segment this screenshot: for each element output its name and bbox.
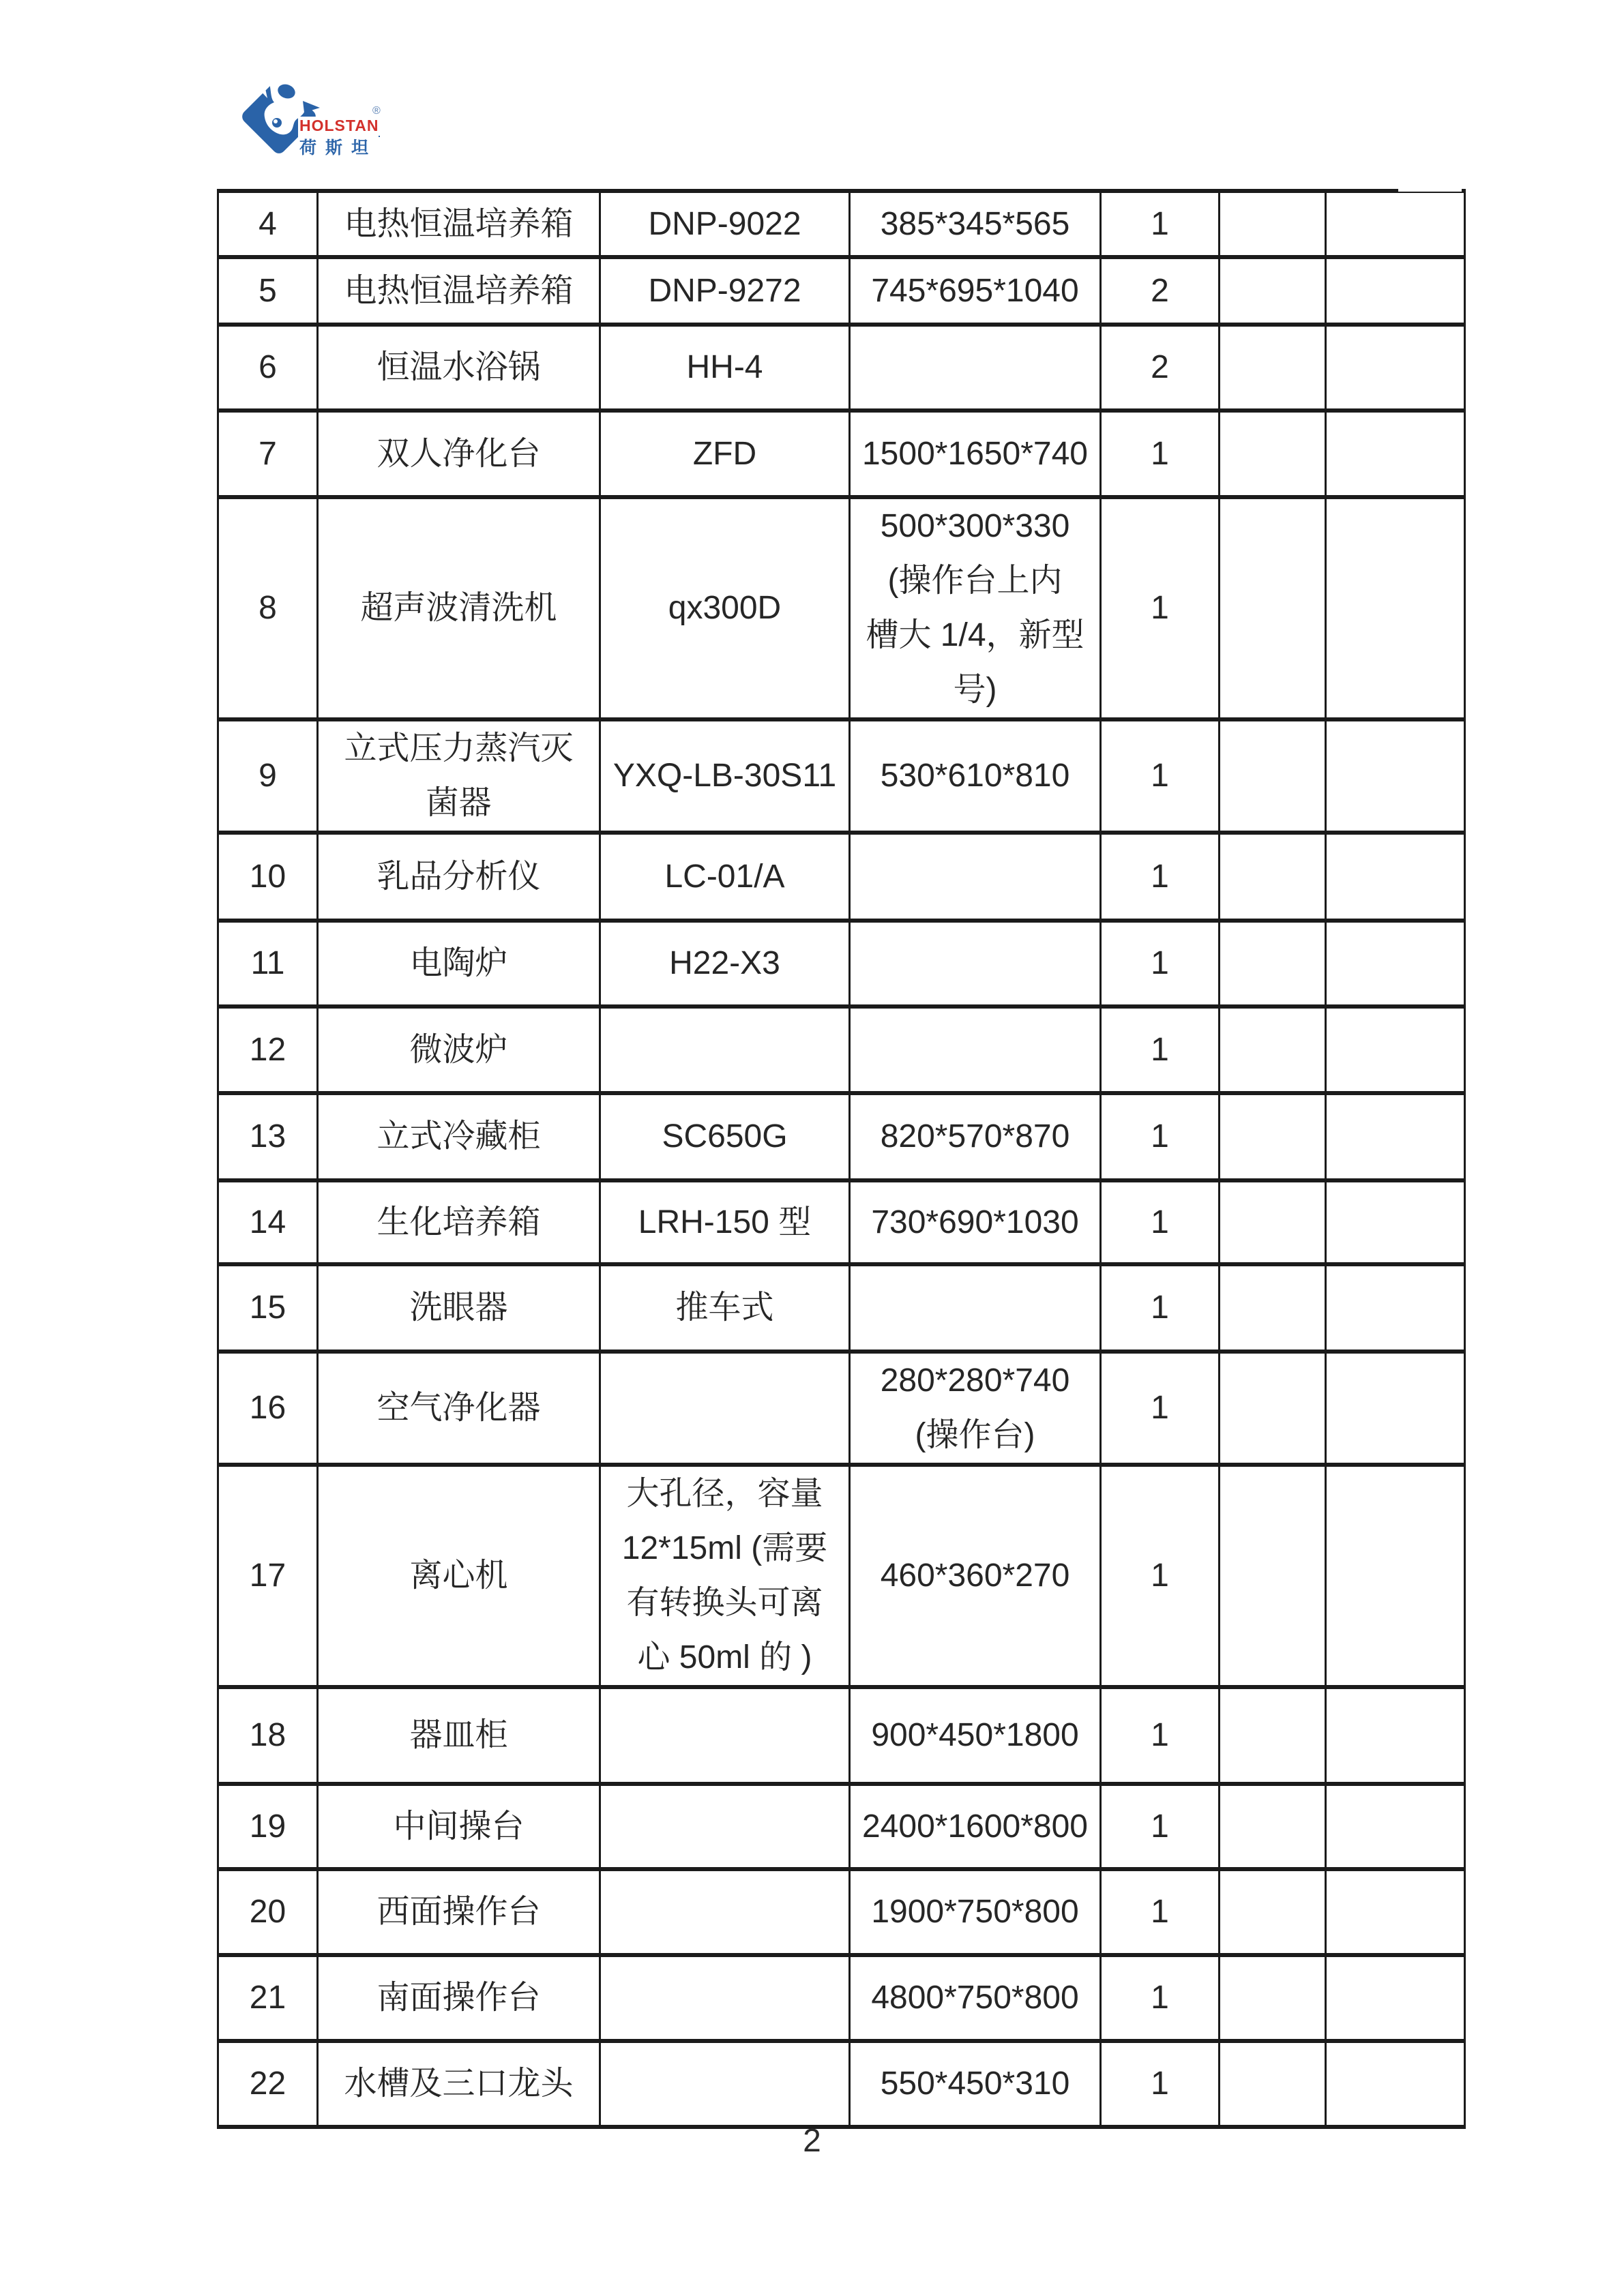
cell-name: 器皿柜 [318,1687,600,1784]
cell-qty: 2 [1101,257,1220,325]
cell-qty: 1 [1101,411,1220,497]
cell-no: 16 [218,1352,318,1465]
scan-artifact-thin-top-border [1398,189,1462,192]
cell-name: 电热恒温培养箱 [318,257,600,325]
cell-no: 9 [218,719,318,833]
cell-name: 南面操作台 [318,1955,600,2041]
cell-extra1 [1220,2041,1326,2127]
table-row: 14生化培养箱LRH-150 型730*690*10301 [218,1180,1465,1264]
cell-extra2 [1326,921,1465,1007]
cell-qty: 1 [1101,1687,1220,1784]
cell-no: 22 [218,2041,318,2127]
cell-extra2 [1326,1352,1465,1465]
table-row: 5电热恒温培养箱DNP-9272745*695*10402 [218,257,1465,325]
table-row: 21南面操作台4800*750*8001 [218,1955,1465,2041]
cell-extra1 [1220,1352,1326,1465]
brand-name-cn: 荷斯坦 [298,134,379,159]
cell-extra1 [1220,833,1326,921]
table-row: 13立式冷藏柜SC650G820*570*8701 [218,1093,1465,1180]
cell-name: 立式压力蒸汽灭 菌器 [318,719,600,833]
table-row: 6恒温水浴锅HH-42 [218,325,1465,411]
cell-no: 5 [218,257,318,325]
cell-model [600,1784,850,1869]
cell-model: LRH-150 型 [600,1180,850,1264]
cell-dims: 745*695*1040 [850,257,1101,325]
cell-extra1 [1220,1869,1326,1955]
cell-name: 空气净化器 [318,1352,600,1465]
table-row: 15洗眼器推车式1 [218,1264,1465,1352]
cell-qty: 1 [1101,1007,1220,1093]
cell-no: 19 [218,1784,318,1869]
cell-model: DNP-9022 [600,191,850,257]
cell-dims: 1500*1650*740 [850,411,1101,497]
cell-extra1 [1220,1465,1326,1687]
cell-extra1 [1220,1784,1326,1869]
table-row: 10乳品分析仪LC-01/A1 [218,833,1465,921]
cell-model [600,1687,850,1784]
table-row: 18器皿柜900*450*18001 [218,1687,1465,1784]
cell-no: 14 [218,1180,318,1264]
cell-no: 21 [218,1955,318,2041]
cell-extra2 [1326,1465,1465,1687]
cell-qty: 1 [1101,1784,1220,1869]
cell-dims [850,921,1101,1007]
cell-dims: 530*610*810 [850,719,1101,833]
cell-dims: 550*450*310 [850,2041,1101,2127]
cell-extra1 [1220,921,1326,1007]
cell-name: 电热恒温培养箱 [318,191,600,257]
cell-dims: 1900*750*800 [850,1869,1101,1955]
table-row: 16空气净化器280*280*740 (操作台)1 [218,1352,1465,1465]
cell-extra2 [1326,191,1465,257]
cell-model [600,1869,850,1955]
cell-extra1 [1220,1180,1326,1264]
cell-name: 恒温水浴锅 [318,325,600,411]
cell-qty: 1 [1101,191,1220,257]
table-row: 19中间操台2400*1600*8001 [218,1784,1465,1869]
cell-extra2 [1326,833,1465,921]
table-row: 20西面操作台1900*750*8001 [218,1869,1465,1955]
cell-model: qx300D [600,497,850,719]
cell-qty: 1 [1101,1093,1220,1180]
cell-extra1 [1220,1007,1326,1093]
cell-name: 洗眼器 [318,1264,600,1352]
cell-dims: 385*345*565 [850,191,1101,257]
table-row: 7双人净化台ZFD1500*1650*7401 [218,411,1465,497]
cell-model: 大孔径，容量 12*15ml (需要 有转换头可离 心 50ml 的 ) [600,1465,850,1687]
cell-extra1 [1220,1093,1326,1180]
cell-model [600,1955,850,2041]
cell-extra1 [1220,257,1326,325]
registered-trademark-icon: ® [372,105,381,117]
cell-qty: 1 [1101,1264,1220,1352]
cell-no: 12 [218,1007,318,1093]
cell-no: 15 [218,1264,318,1352]
cell-qty: 1 [1101,1352,1220,1465]
cell-model: SC650G [600,1093,850,1180]
table-row: 17离心机大孔径，容量 12*15ml (需要 有转换头可离 心 50ml 的 … [218,1465,1465,1687]
cell-dims: 730*690*1030 [850,1180,1101,1264]
cell-qty: 1 [1101,1180,1220,1264]
cell-name: 乳品分析仪 [318,833,600,921]
cell-qty: 1 [1101,833,1220,921]
cell-extra2 [1326,1784,1465,1869]
page-number: 2 [0,2122,1624,2160]
cell-model [600,2041,850,2127]
table-row: 9立式压力蒸汽灭 菌器YXQ-LB-30S11530*610*8101 [218,719,1465,833]
equipment-table: 4电热恒温培养箱DNP-9022385*345*56515电热恒温培养箱DNP-… [217,189,1466,2129]
cell-dims [850,833,1101,921]
cell-model [600,1007,850,1093]
cell-extra1 [1220,1687,1326,1784]
cell-extra1 [1220,411,1326,497]
cell-qty: 1 [1101,497,1220,719]
cell-name: 离心机 [318,1465,600,1687]
cell-extra2 [1326,1007,1465,1093]
cell-name: 电陶炉 [318,921,600,1007]
cell-name: 超声波清洗机 [318,497,600,719]
cell-model: ZFD [600,411,850,497]
cell-dims: 4800*750*800 [850,1955,1101,2041]
cell-dims [850,1264,1101,1352]
cell-no: 4 [218,191,318,257]
cell-no: 18 [218,1687,318,1784]
cell-no: 7 [218,411,318,497]
table-row: 11电陶炉H22-X31 [218,921,1465,1007]
cell-dims: 900*450*1800 [850,1687,1101,1784]
cell-model: 推车式 [600,1264,850,1352]
cell-extra2 [1326,411,1465,497]
cell-extra2 [1326,2041,1465,2127]
cell-dims: 460*360*270 [850,1465,1101,1687]
cell-qty: 2 [1101,325,1220,411]
cell-no: 10 [218,833,318,921]
cell-name: 微波炉 [318,1007,600,1093]
cell-extra2 [1326,1687,1465,1784]
cell-dims [850,325,1101,411]
cell-model: YXQ-LB-30S11 [600,719,850,833]
cell-name: 立式冷藏柜 [318,1093,600,1180]
cell-no: 20 [218,1869,318,1955]
cell-extra2 [1326,497,1465,719]
cell-qty: 1 [1101,2041,1220,2127]
cell-extra2 [1326,1955,1465,2041]
cell-extra2 [1326,1180,1465,1264]
table-row: 12微波炉1 [218,1007,1465,1093]
cell-model: LC-01/A [600,833,850,921]
cell-dims: 820*570*870 [850,1093,1101,1180]
cell-model: H22-X3 [600,921,850,1007]
cell-dims: 2400*1600*800 [850,1784,1101,1869]
table-row: 22水槽及三口龙头550*450*3101 [218,2041,1465,2127]
cell-dims: 280*280*740 (操作台) [850,1352,1101,1465]
cell-no: 17 [218,1465,318,1687]
cell-extra2 [1326,719,1465,833]
cell-name: 水槽及三口龙头 [318,2041,600,2127]
cell-dims [850,1007,1101,1093]
cell-no: 13 [218,1093,318,1180]
cell-no: 8 [218,497,318,719]
cell-extra1 [1220,325,1326,411]
cell-extra1 [1220,191,1326,257]
cell-extra1 [1220,1955,1326,2041]
cell-name: 中间操台 [318,1784,600,1869]
cell-extra2 [1326,1869,1465,1955]
equipment-table-body: 4电热恒温培养箱DNP-9022385*345*56515电热恒温培养箱DNP-… [218,191,1465,2127]
cell-no: 11 [218,921,318,1007]
cell-name: 双人净化台 [318,411,600,497]
cell-qty: 1 [1101,1869,1220,1955]
cell-model: DNP-9272 [600,257,850,325]
cell-extra1 [1220,719,1326,833]
cell-extra2 [1326,325,1465,411]
cell-name: 生化培养箱 [318,1180,600,1264]
cell-model: HH-4 [600,325,850,411]
document-page: HOLSTAN ® 荷斯坦 4电热恒温培养箱DNP-9022385*345*56… [0,0,1624,2296]
cell-extra2 [1326,1264,1465,1352]
cell-qty: 1 [1101,719,1220,833]
cell-qty: 1 [1101,1465,1220,1687]
cell-qty: 1 [1101,1955,1220,2041]
cell-extra1 [1220,1264,1326,1352]
cell-no: 6 [218,325,318,411]
table-row: 8超声波清洗机qx300D500*300*330 (操作台上内 槽大 1/4，新… [218,497,1465,719]
cell-extra1 [1220,497,1326,719]
cell-extra2 [1326,257,1465,325]
cell-extra2 [1326,1093,1465,1180]
cell-name: 西面操作台 [318,1869,600,1955]
cell-dims: 500*300*330 (操作台上内 槽大 1/4，新型 号) [850,497,1101,719]
cell-model [600,1352,850,1465]
table-row: 4电热恒温培养箱DNP-9022385*345*5651 [218,191,1465,257]
cell-qty: 1 [1101,921,1220,1007]
